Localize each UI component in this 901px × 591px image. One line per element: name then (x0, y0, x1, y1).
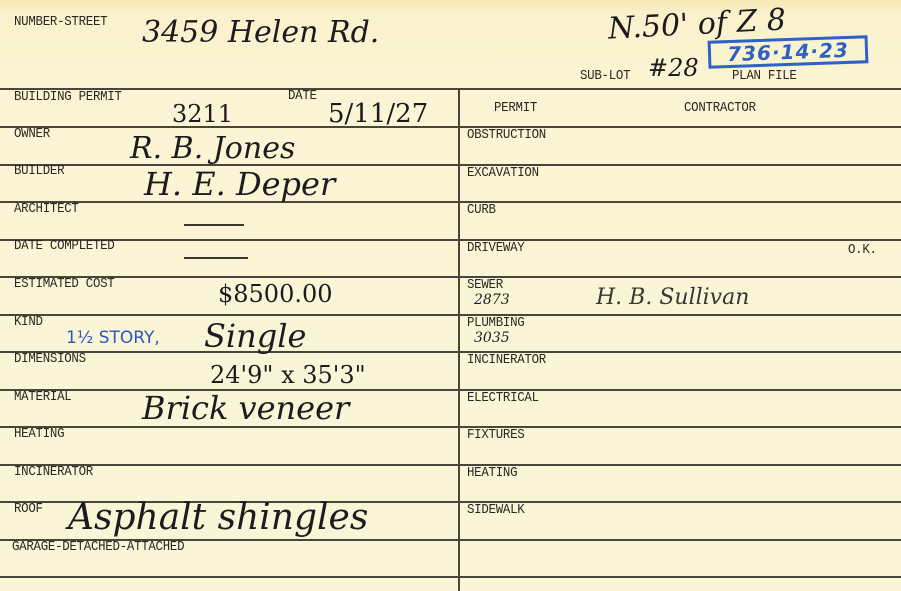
builder-value: H. E. Deper (144, 168, 335, 200)
heating-label: HEATING (14, 428, 64, 442)
material-value: Brick veneer (142, 392, 349, 424)
rule-line (459, 464, 901, 466)
owner-label: OWNER (14, 128, 50, 142)
rule-line (459, 501, 901, 503)
permit-type-label: EXCAVATION (467, 167, 539, 181)
permit-type-label: DRIVEWAY (467, 242, 524, 256)
material-label: MATERIAL (14, 391, 71, 405)
permit-type-label: ELECTRICAL (467, 392, 539, 406)
permit-status: O.K. (848, 244, 877, 258)
permit-type-label: SIDEWALK (467, 504, 524, 518)
date-completed-value-dash (184, 257, 248, 259)
kind-note: 1½ STORY, (66, 330, 160, 347)
incinerator-label: INCINERATOR (14, 466, 93, 480)
date-label: DATE (288, 90, 317, 104)
date-completed-label: DATE COMPLETED (14, 240, 114, 254)
kind-label: KIND (14, 316, 43, 330)
sub-lot-label: SUB-LOT (580, 70, 630, 84)
rule-line (459, 276, 901, 278)
rule-line (0, 88, 901, 90)
dimensions-value: 24'9" x 35'3" (210, 363, 366, 387)
permit-type-label: CURB (467, 204, 496, 218)
estimated-cost-value: $8500.00 (218, 282, 333, 306)
architect-value-dash (184, 224, 244, 226)
permit-type-label: OBSTRUCTION (467, 129, 546, 143)
sub-lot-value: #28 (648, 56, 699, 80)
roof-label: ROOF (14, 503, 43, 517)
rule-line (459, 426, 901, 428)
contractor-column-header: CONTRACTOR (684, 102, 756, 116)
kind-value: Single (204, 320, 306, 352)
number-street-label: NUMBER-STREET (14, 16, 107, 30)
building-permit-label: BUILDING PERMIT (14, 91, 122, 105)
building-permit-card: NUMBER-STREET 3459 Helen Rd. N.50' of Z … (0, 0, 901, 591)
roof-value: Asphalt shingles (68, 500, 368, 536)
permit-type-label: HEATING (467, 467, 517, 481)
permit-number-note: 3035 (474, 331, 510, 345)
architect-label: ARCHITECT (14, 203, 79, 217)
building-permit-value: 3211 (172, 102, 233, 126)
rule-line (0, 576, 458, 578)
rule-line (459, 201, 901, 203)
contractor-name: H. B. Sullivan (596, 287, 749, 309)
date-value: 5/11/27 (328, 101, 428, 127)
estimated-cost-label: ESTIMATED COST (14, 278, 114, 292)
number-street-value: 3459 Helen Rd. (142, 18, 379, 48)
rule-line (459, 239, 901, 241)
plan-file-stamp: 736·14·23 (708, 35, 869, 69)
permit-type-label: PLUMBING (467, 317, 524, 331)
rule-line (459, 314, 901, 316)
rule-line (459, 576, 901, 578)
garage-label: GARAGE-DETACHED-ATTACHED (12, 541, 184, 555)
permit-type-label: FIXTURES (467, 429, 524, 443)
dimensions-label: DIMENSIONS (14, 353, 86, 367)
permit-column-header: PERMIT (494, 102, 537, 116)
plan-file-label: PLAN FILE (732, 70, 797, 84)
builder-label: BUILDER (14, 165, 64, 179)
permit-number-note: 2873 (474, 293, 510, 307)
permit-type-label: INCINERATOR (467, 354, 546, 368)
owner-value: R. B. Jones (130, 134, 295, 164)
permit-type-label: SEWER (467, 279, 503, 293)
rule-line (459, 539, 901, 541)
rule-line (0, 314, 458, 316)
